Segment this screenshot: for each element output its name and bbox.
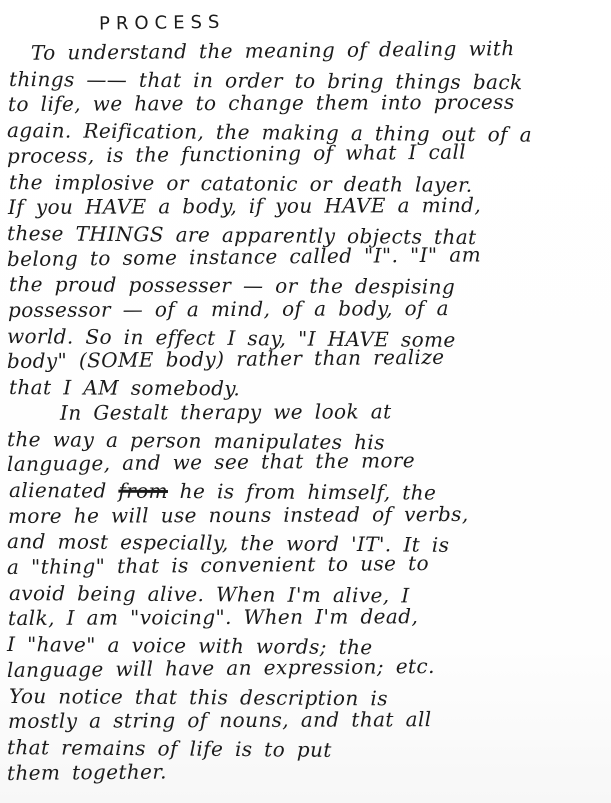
manuscript-line: If you HAVE a body, if you HAVE a mind, <box>8 193 608 221</box>
manuscript-line: a "thing" that is convenient to use to <box>7 549 607 580</box>
manuscript-line: mostly a string of nouns, and that all <box>8 707 608 735</box>
crossed-out-word: from <box>118 479 168 503</box>
manuscript-line: To understand the meaning of dealing wit… <box>7 35 607 66</box>
manuscript-line: body" (SOME body) rather than realize <box>7 344 607 375</box>
manuscript-line: possessor — of a mind, of a body, of a <box>8 295 608 323</box>
manuscript-body: To understand the meaning of dealing wit… <box>7 41 607 786</box>
manuscript-line: talk, I am "voicing". When I'm dead, <box>8 604 608 632</box>
manuscript-line: them together. <box>7 755 607 786</box>
manuscript-line: language will have an expression; etc. <box>7 652 607 683</box>
manuscript-line: process, is the functioning of what I ca… <box>7 138 607 169</box>
manuscript-line: to life, we have to change them into pro… <box>8 90 608 118</box>
manuscript-line: more he will use nouns instead of verbs, <box>8 501 608 529</box>
manuscript-line: language, and we see that the more <box>7 446 607 477</box>
manuscript-line: In Gestalt therapy we look at <box>8 398 608 426</box>
line-text-before-correction: alienated <box>9 478 119 503</box>
line-text-after-correction: he is from himself, the <box>168 479 436 505</box>
manuscript-page: PROCESS To understand the meaning of dea… <box>0 0 611 803</box>
document-title: PROCESS <box>99 6 607 34</box>
manuscript-line: belong to some instance called "I". "I" … <box>7 241 607 272</box>
